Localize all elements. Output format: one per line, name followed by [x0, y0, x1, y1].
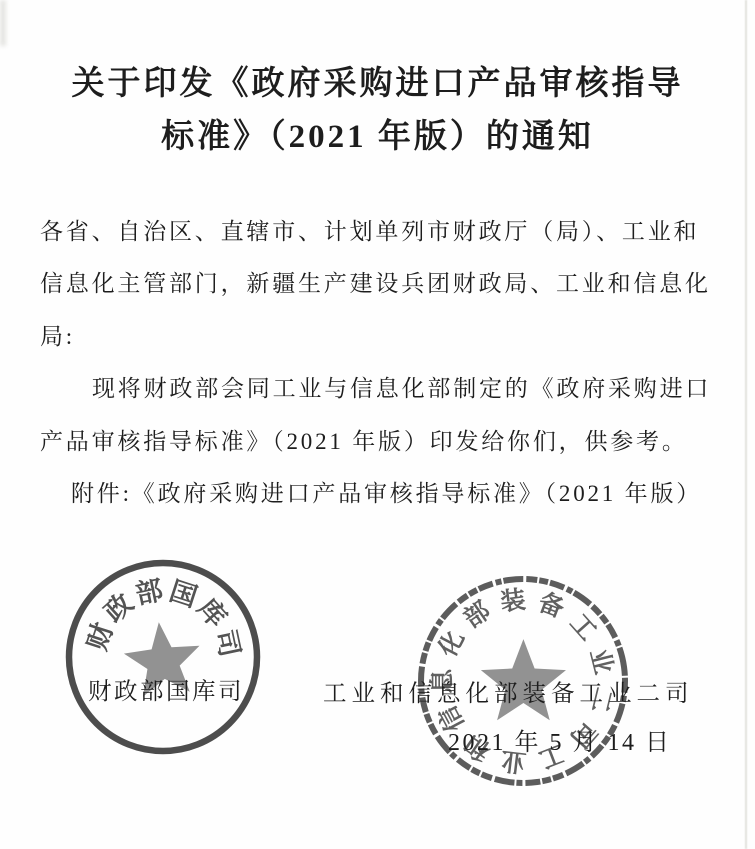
body-line-2: 信息化主管部门，新疆生产建设兵团财政局、工业和信息化: [40, 258, 718, 310]
body-line-3: 局:: [40, 311, 718, 363]
title-line-2: 标准》（2021 年版）的通知: [0, 111, 755, 164]
seal-glyph: 工: [564, 609, 601, 646]
seal-glyph: 备: [535, 587, 569, 623]
body-line-6: 附件:《政府采购进口产品审核指导标准》（2021 年版）: [40, 468, 718, 520]
body-line-4: 现将财政部会同工业与信息化部制定的《政府采购进口: [40, 363, 718, 415]
document-page: 关于印发《政府采购进口产品审核指导 标准》（2021 年版）的通知 各省、自治区…: [0, 0, 755, 849]
body-line-5: 产品审核指导标准》（2021 年版）印发给你们，供参考。: [40, 416, 718, 468]
seal-glyph: 司: [210, 627, 245, 660]
seal-glyph: 化: [433, 626, 470, 662]
seal-glyph: 部: [133, 575, 166, 610]
scan-artifact-top-left: [0, 0, 6, 46]
seal-glyph: 财: [82, 619, 119, 654]
seal-glyph: 政: [99, 588, 139, 628]
seal-glyph: 部: [459, 596, 496, 633]
seal-glyph: 装: [499, 586, 527, 617]
title-line-1: 关于印发《政府采购进口产品审核指导: [0, 58, 755, 111]
seal-glyph: 业: [584, 646, 617, 677]
signature-date: 2021 年 5 月 14 日: [448, 722, 672, 757]
body-line-1: 各省、自治区、直辖市、计划单列市财政厅（局）、工业和: [40, 206, 718, 258]
document-title: 关于印发《政府采购进口产品审核指导 标准》（2021 年版）的通知: [0, 58, 755, 164]
document-body: 各省、自治区、直辖市、计划单列市财政厅（局）、工业和 信息化主管部门，新疆生产建…: [40, 206, 718, 520]
seal-glyph: 国: [166, 576, 201, 613]
official-seal-left: 财政部国库司: [58, 552, 268, 762]
seal-glyph: 库: [192, 593, 232, 633]
signature-right-department: 工业和信息化部装备工业二司: [323, 674, 694, 708]
signature-left-department: 财政部国库司: [88, 672, 244, 706]
